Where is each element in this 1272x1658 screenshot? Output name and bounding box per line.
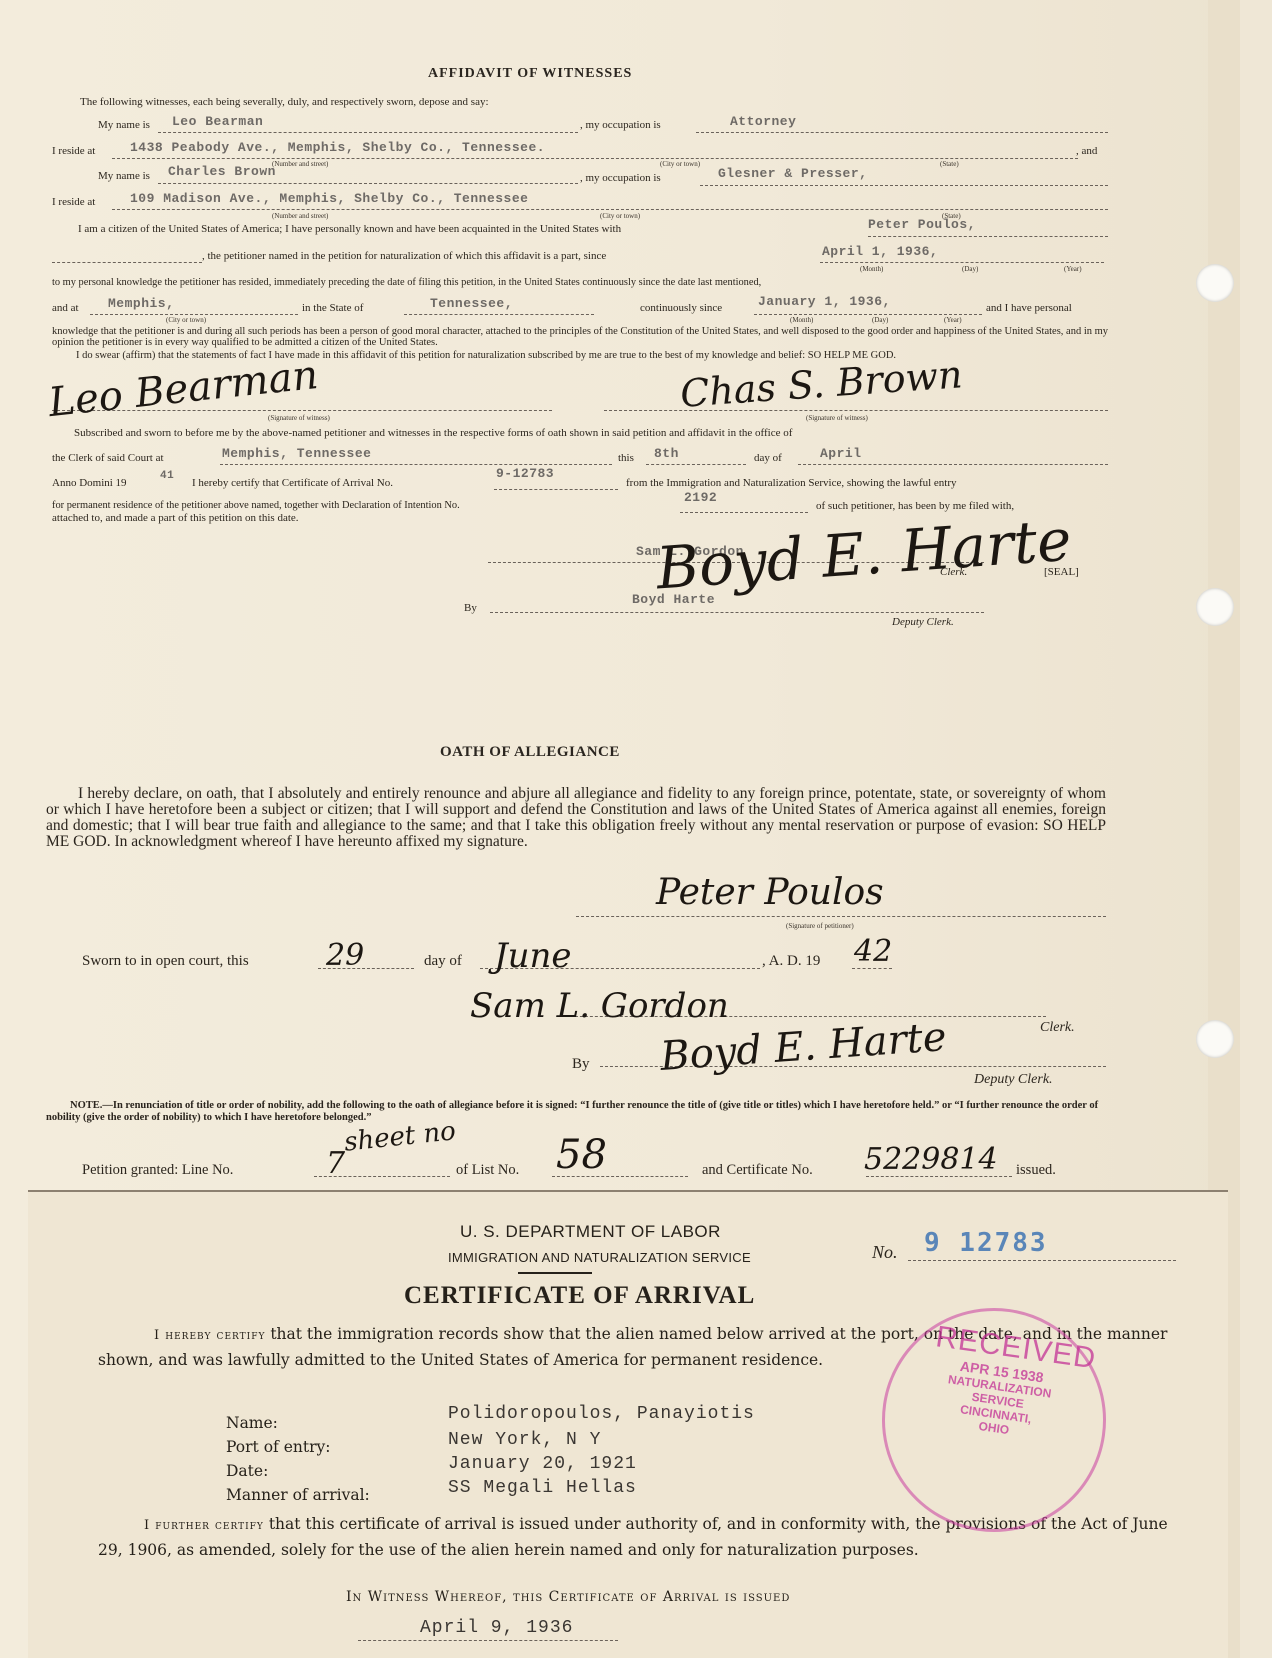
occupation-label: , my occupation is <box>580 119 661 131</box>
signature-label: (Signature of witness) <box>806 414 868 422</box>
name-label: My name is <box>98 170 150 182</box>
occupation-label: , my occupation is <box>580 172 661 184</box>
witness2-signature: Chas S. Brown <box>679 352 964 416</box>
continuously-label: continuously since <box>640 302 722 314</box>
hint: (Day) <box>872 316 888 324</box>
state-value: Tennessee, <box>430 296 513 311</box>
reside-label: I reside at <box>52 145 95 157</box>
hint: (Number and street) <box>272 212 328 220</box>
month-value: April <box>820 446 862 461</box>
field-value-manner: SS Megali Hellas <box>448 1478 637 1498</box>
city-value: Memphis, <box>108 296 174 311</box>
and-at-label: and at <box>52 302 79 314</box>
hint: (Year) <box>944 316 962 324</box>
field-value-port: New York, N Y <box>448 1430 601 1450</box>
hint: (City or town) <box>660 160 700 168</box>
punch-hole <box>1196 1020 1234 1058</box>
cert-witness-text: In Witness Whereof, this Certificate of … <box>346 1584 790 1609</box>
personal-tail: and I have personal <box>986 302 1072 314</box>
hint: (State) <box>940 160 959 168</box>
deputy-label: Deputy Clerk. <box>974 1072 1053 1088</box>
petitioner-name: Peter Poulos, <box>868 217 976 232</box>
of-list-label: of List No. <box>456 1162 519 1179</box>
hint: (Month) <box>790 316 813 324</box>
by-label: By <box>464 602 477 614</box>
witness1-name: Leo Bearman <box>172 114 263 129</box>
cert-title: CERTIFICATE OF ARRIVAL <box>404 1282 755 1310</box>
certificate-no: 5229814 <box>864 1142 998 1177</box>
sworn-day: 29 <box>326 938 364 973</box>
cert-no-label: No. <box>872 1242 898 1263</box>
sworn-text: Sworn to in open court, this <box>82 953 249 970</box>
cert-no-label: and Certificate No. <box>702 1162 813 1179</box>
deputy-signature: Boyd E. Harte <box>654 506 1073 603</box>
deputy-label: Deputy Clerk. <box>892 616 954 628</box>
witness1-occupation: Attorney <box>730 114 796 129</box>
affidavit-intro: The following witnesses, each being seve… <box>80 96 489 108</box>
granted-label: Petition granted: Line No. <box>82 1162 233 1179</box>
petitioner-text: , the petitioner named in the petition f… <box>202 250 606 262</box>
reside-label: I reside at <box>52 196 95 208</box>
issue-date: April 9, 1936 <box>420 1618 573 1638</box>
hint: (Year) <box>1064 265 1082 273</box>
issued-label: issued. <box>1016 1162 1056 1179</box>
cert-service: IMMIGRATION AND NATURALIZATION SERVICE <box>448 1250 751 1265</box>
this-label: this <box>618 452 634 464</box>
oath-note: NOTE.—In renunciation of title or order … <box>46 1100 1106 1124</box>
filed-text: of such petitioner, has been by me filed… <box>816 500 1014 512</box>
clerk-court-label: the Clerk of said Court at <box>52 452 164 464</box>
name-label: My name is <box>98 119 150 131</box>
permanent-text: for permanent residence of the petitione… <box>52 500 460 511</box>
witness1-address: 1438 Peabody Ave., Memphis, Shelby Co., … <box>130 140 545 155</box>
state-label: in the State of <box>302 302 363 314</box>
field-value-name: Polidoropoulos, Panayiotis <box>448 1404 755 1424</box>
certify-lead: I hereby certify <box>154 1328 265 1343</box>
petitioner-signature: Peter Poulos <box>656 872 884 913</box>
witness-text: In Witness Whereof, this Certificate of … <box>346 1589 790 1605</box>
hint: (Number and street) <box>272 160 328 168</box>
cert-dept: U. S. DEPARTMENT OF LABOR <box>460 1222 721 1242</box>
since-date: April 1, 1936, <box>822 244 938 259</box>
document-page: AFFIDAVIT OF WITNESSES The following wit… <box>0 0 1240 1658</box>
field-label-manner: Manner of arrival: <box>226 1486 370 1504</box>
certify-text: I hereby certify that Certificate of Arr… <box>192 477 393 489</box>
field-value-date: January 20, 1921 <box>448 1454 637 1474</box>
field-label-port: Port of entry: <box>226 1438 330 1456</box>
punch-hole <box>1196 264 1234 302</box>
residence-text: to my personal knowledge the petitioner … <box>52 277 761 288</box>
hint: (Month) <box>860 265 883 273</box>
declaration-no: 2192 <box>684 490 717 505</box>
day-of-label: day of <box>754 452 782 464</box>
sworn-year: 42 <box>854 934 892 969</box>
from-ins-text: from the Immigration and Naturalization … <box>626 477 957 489</box>
court-place: Memphis, Tennessee <box>222 446 371 461</box>
punch-hole <box>1196 588 1234 626</box>
attached-text: attached to, and made a part of this pet… <box>52 512 299 524</box>
list-no: 58 <box>556 1132 607 1178</box>
by-label: By <box>572 1056 590 1073</box>
witness2-name: Charles Brown <box>168 164 276 179</box>
anno-domini-label: Anno Domini 19 <box>52 477 127 489</box>
arrival-no: 9-12783 <box>496 466 554 481</box>
hint: (Day) <box>962 265 978 273</box>
ad-label: , A. D. 19 <box>762 953 820 970</box>
affidavit-title: AFFIDAVIT OF WITNESSES <box>428 66 632 82</box>
witness2-occupation: Glesner & Presser, <box>718 166 867 181</box>
hint: (City or town) <box>166 316 206 324</box>
further-lead: I further certify <box>144 1518 264 1533</box>
witness2-address: 109 Madison Ave., Memphis, Shelby Co., T… <box>130 191 528 206</box>
day-value: 8th <box>654 446 679 461</box>
and-label: , and <box>1076 145 1097 157</box>
oath-body: I hereby declare, on oath, that I absolu… <box>46 786 1106 850</box>
character-text: knowledge that the petitioner is and dur… <box>52 326 1112 348</box>
hint: (City or town) <box>600 212 640 220</box>
signature-label: (Signature of witness) <box>268 414 330 422</box>
field-label-name: Name: <box>226 1414 278 1432</box>
oath-title: OATH OF ALLEGIANCE <box>440 744 620 761</box>
citizen-text: I am a citizen of the United States of A… <box>78 223 621 235</box>
subscribed-text: Subscribed and sworn to before me by the… <box>74 427 792 439</box>
year-value: 41 <box>160 470 174 482</box>
field-label-date: Date: <box>226 1462 268 1480</box>
signature-label: (Signature of petitioner) <box>786 922 854 930</box>
clerk-label: Clerk. <box>1040 1020 1075 1036</box>
continuous-date: January 1, 1936, <box>758 294 891 309</box>
oath-clerk-signature: Sam L. Gordon <box>470 986 729 1026</box>
line-no: 7 <box>326 1146 345 1181</box>
sworn-month: June <box>494 936 572 976</box>
day-of-label: day of <box>424 953 462 970</box>
cert-number: 9 12783 <box>924 1228 1048 1258</box>
